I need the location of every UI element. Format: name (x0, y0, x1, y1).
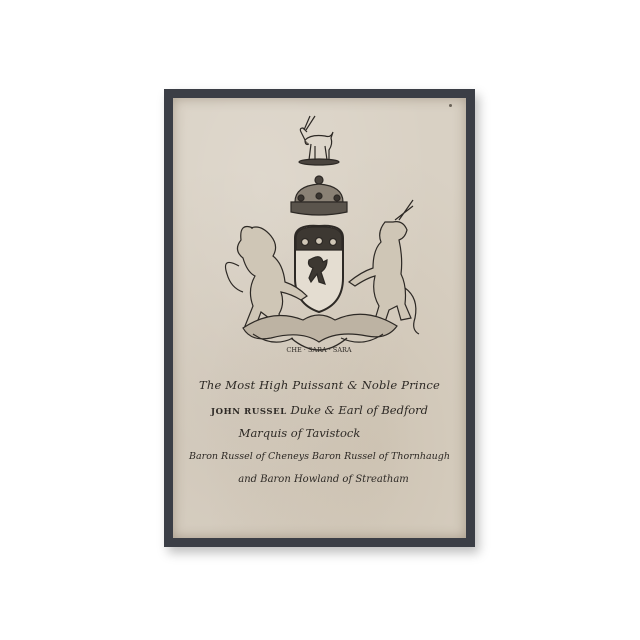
goat-crest-icon (299, 116, 339, 165)
compartment-scroll-icon (243, 314, 397, 350)
inscription-name: JOHN RUSSEL (211, 407, 287, 417)
coronet-icon (291, 176, 347, 215)
inscription-line-5: and Baron Howland of Streatham (181, 474, 466, 485)
inscription-line-3: Marquis of Tavistock (173, 426, 466, 440)
inscription-line-4: Baron Russel of Cheneys Baron Russel of … (173, 451, 466, 462)
inscription-line-2: JOHN RUSSEL Duke & Earl of Bedford (173, 403, 466, 417)
picture-frame: CHE · SARA · SARA The Most High Puissant… (164, 89, 475, 547)
inscription-title: Duke & Earl of Bedford (290, 403, 428, 417)
motto-text: CHE · SARA · SARA (286, 346, 352, 354)
inscription-line-1: The Most High Puissant & Noble Prince (173, 378, 466, 392)
coat-of-arms: CHE · SARA · SARA (173, 98, 466, 538)
engraving-paper: CHE · SARA · SARA The Most High Puissant… (173, 98, 466, 538)
